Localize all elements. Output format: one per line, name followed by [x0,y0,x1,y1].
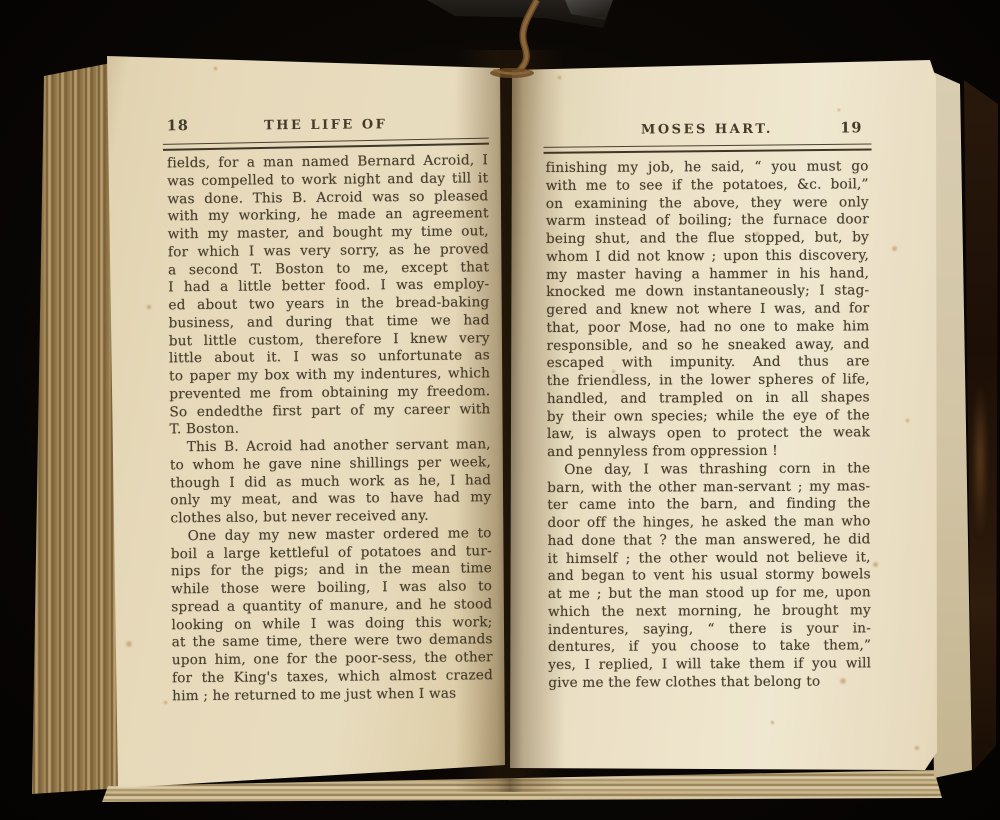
text-line: finishing my job, he said, “ you must go [546,158,869,177]
text-line: and pennyless from oppression ! [547,442,870,461]
text-line: warm instead of boiling; the furnace doo… [546,212,869,231]
text-line: with me to see if the potatoes, &c. boil… [546,176,869,195]
text-line: my master having a hammer in his hand, [546,265,869,284]
text-line: handled, and trampled on in all shapes [547,389,870,408]
left-page-number: 18 [167,117,189,134]
right-page: MOSES HART. 19 finishing my job, he said… [505,52,975,792]
text-line: being shut, and the flue stopped, but, b… [546,229,869,248]
text-line: at me ; but the man stood up for me, upo… [548,584,871,603]
text-line: by their own species; while the eye of t… [547,407,870,426]
cover-wear-blotch [972,380,988,540]
left-running-header-row: 18 THE LIFE OF [165,116,487,137]
book-photograph: 18 THE LIFE OF fields, for a man named B… [0,0,1000,820]
text-line: had done that ? the man answered, he did [548,531,871,550]
text-line: him ; he returned to me just when I was [172,685,493,706]
text-line: the friendless, in the lower spheres of … [547,371,870,390]
right-page-text: finishing my job, he said, “ you must go… [546,158,872,692]
text-line: indentures, saying, “ there is your in- [548,620,871,639]
left-page: 18 THE LIFE OF fields, for a man named B… [100,50,510,795]
right-running-title: MOSES HART. [545,121,868,138]
text-line: law, is always open to protect the weak [547,425,870,444]
text-line: ter came into the barn, and finding the [547,496,870,515]
text-line: barn, with the other man-servant ; my ma… [547,478,870,497]
text-line: that, poor Mose, had no one to make him [546,318,869,337]
fore-edge-pages-left [28,58,122,800]
text-line: whom I did not know ; upon this discover… [546,247,869,266]
right-header-rule [543,143,871,153]
text-line: and began to vent his usual stormy bowel… [548,567,871,586]
text-line: One day, I was thrashing corn in the [547,460,870,479]
text-line: give me the few clothes that belong to [548,673,871,692]
text-line: responsible, and so he sneaked away, and [546,336,869,355]
text-line: gered and knew not where I was, and for [546,300,869,319]
text-line: door off the hinges, he asked the man wh… [547,513,870,532]
left-running-title: THE LIFE OF [165,116,487,134]
text-line: dentures, if you choose to take them,” [548,638,871,657]
left-page-text: fields, for a man named Bernard Acroid, … [167,152,493,705]
text-line: on examining the above, they were only [546,194,869,213]
right-running-header-row: MOSES HART. 19 [545,121,868,141]
left-header-rule [163,138,489,151]
text-line: knocked me down instantaneously; I stag- [546,283,869,302]
text-line: only my meat, and was to have had my [170,489,491,510]
text-line: it himself ; the other would not believe… [548,549,871,568]
text-line: escaped with impunity. And thus are [547,354,870,373]
right-page-number: 19 [840,119,862,136]
text-line: which the next morning, he brought my [548,602,871,621]
text-line: So endedthe first part of my career with [169,401,490,422]
text-line: yes, I replied, I will take them if you … [548,655,871,674]
